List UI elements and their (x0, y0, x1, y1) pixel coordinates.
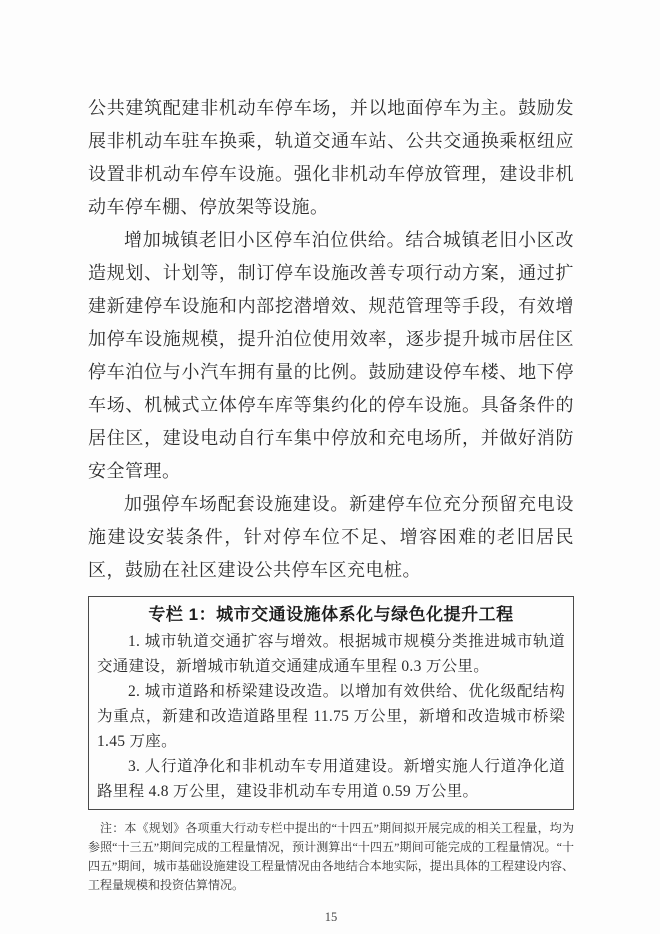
panel-item-rail-transit: 1. 城市轨道交通扩容与增效。根据城市规模分类推进城市轨道交通建设，新增城市轨道… (97, 629, 565, 679)
panel-title: 专栏 1：城市交通设施体系化与绿色化提升工程 (97, 600, 565, 629)
body-paragraph-old-district-parking: 增加城镇老旧小区停车泊位供给。结合城镇老旧小区改造规划、计划等，制订停车设施改善… (88, 224, 574, 488)
body-paragraph-continued: 公共建筑配建非机动车停车场，并以地面停车为主。鼓励发展非机动车驻车换乘，轨道交通… (88, 92, 574, 224)
feature-panel-column1: 专栏 1：城市交通设施体系化与绿色化提升工程 1. 城市轨道交通扩容与增效。根据… (88, 596, 574, 810)
page-number: 15 (88, 910, 574, 925)
body-paragraph-charging-facilities: 加强停车场配套设施建设。新建停车位充分预留充电设施建设安装条件，针对停车位不足、… (88, 488, 574, 587)
footnote: 注：本《规划》各项重大行动专栏中提出的“十四五”期间拟开展完成的相关工程量，均为… (88, 819, 574, 895)
body-text-block: 公共建筑配建非机动车停车场，并以地面停车为主。鼓励发展非机动车驻车换乘，轨道交通… (88, 92, 574, 587)
panel-item-roads-bridges: 2. 城市道路和桥梁建设改造。以增加有效供给、优化级配结构为重点，新建和改造道路… (97, 679, 565, 754)
panel-item-sidewalks-bike-lanes: 3. 人行道净化和非机动车专用道建设。新增实施人行道净化道路里程 4.8 万公里… (97, 754, 565, 804)
document-page: 公共建筑配建非机动车停车场，并以地面停车为主。鼓励发展非机动车驻车换乘，轨道交通… (0, 0, 660, 934)
